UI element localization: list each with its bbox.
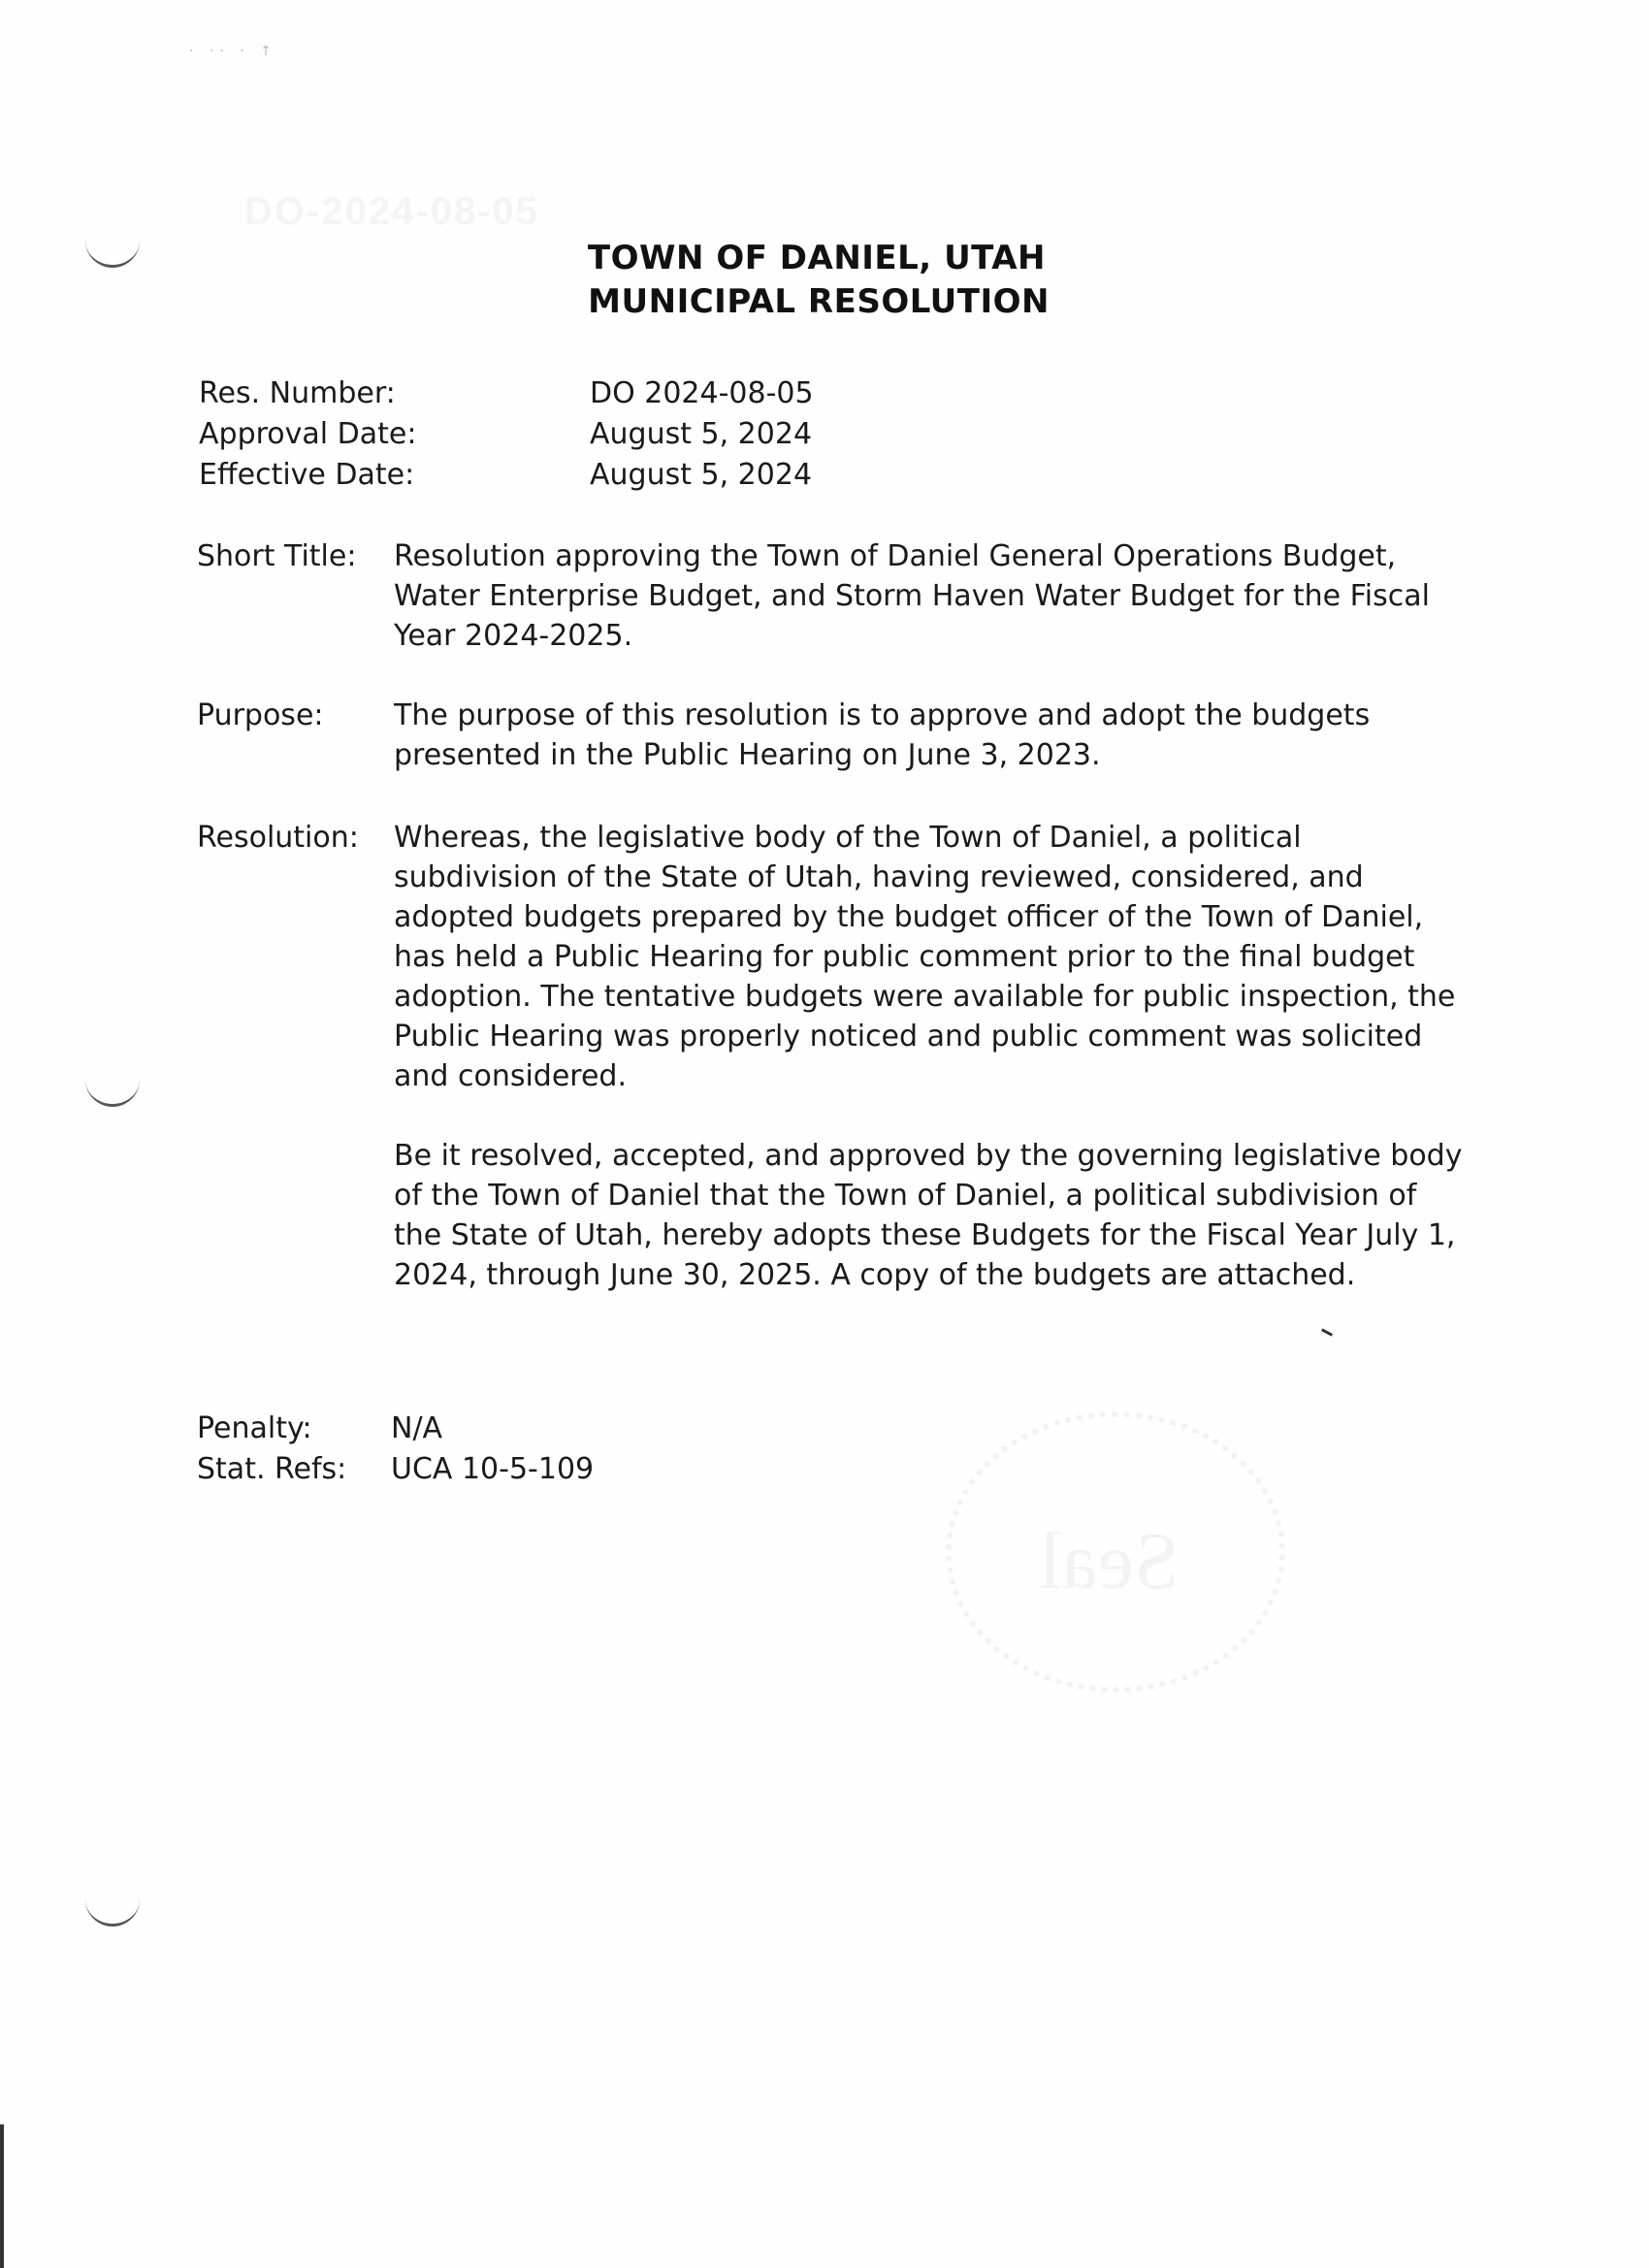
short-title-text: Resolution approving the Town of Daniel … xyxy=(394,536,1471,656)
resolution-resolved-paragraph: Be it resolved, accepted, and approved b… xyxy=(394,1136,1471,1295)
res-number-value: DO 2024-08-05 xyxy=(590,373,814,414)
short-title-section: Short Title: Resolution approving the To… xyxy=(197,536,1471,656)
resolution-label: Resolution: xyxy=(197,818,394,1295)
stat-refs-row: Stat. Refs: UCA 10-5-109 xyxy=(197,1449,594,1489)
bleed-through-resolution-id: DO-2024-08-05 xyxy=(244,190,539,234)
bleed-through-seal: Seal xyxy=(946,1411,1285,1693)
penalty-label: Penalty: xyxy=(197,1409,391,1448)
meta-label: Approval Date: xyxy=(199,414,590,455)
effective-date-value: August 5, 2024 xyxy=(590,455,812,496)
purpose-label: Purpose: xyxy=(197,696,394,775)
purpose-section: Purpose: The purpose of this resolution … xyxy=(197,696,1471,775)
pen-tick-mark xyxy=(1321,1328,1333,1336)
meta-row-approval-date: Approval Date: August 5, 2024 xyxy=(199,414,814,455)
scan-edge-line xyxy=(0,2124,4,2268)
approval-date-value: August 5, 2024 xyxy=(590,414,812,455)
short-title-paragraph: Resolution approving the Town of Daniel … xyxy=(394,536,1471,656)
hole-punch-icon xyxy=(85,1053,140,1107)
stat-refs-value: UCA 10-5-109 xyxy=(391,1449,594,1489)
meta-label: Res. Number: xyxy=(199,373,590,414)
resolution-meta: Res. Number: DO 2024-08-05 Approval Date… xyxy=(199,373,814,496)
meta-row-res-number: Res. Number: DO 2024-08-05 xyxy=(199,373,814,414)
scan-speck-marks: · ·· · ↑ xyxy=(189,44,306,63)
header-town-name: TOWN OF DANIEL, UTAH xyxy=(0,237,1251,280)
resolution-whereas-paragraph: Whereas, the legislative body of the Tow… xyxy=(394,818,1471,1096)
hole-punch-icon xyxy=(85,1872,140,1927)
resolution-text: Whereas, the legislative body of the Tow… xyxy=(394,818,1471,1295)
purpose-paragraph: The purpose of this resolution is to app… xyxy=(394,696,1471,775)
scanned-page: · ·· · ↑ DO-2024-08-05 Seal TOWN OF DANI… xyxy=(0,0,1649,2268)
penalty-value: N/A xyxy=(391,1409,442,1448)
bleed-through-seal-text: Seal xyxy=(1039,1514,1180,1608)
document-header: TOWN OF DANIEL, UTAH MUNICIPAL RESOLUTIO… xyxy=(0,237,1251,324)
meta-row-effective-date: Effective Date: August 5, 2024 xyxy=(199,455,814,496)
short-title-label: Short Title: xyxy=(197,536,394,656)
purpose-text: The purpose of this resolution is to app… xyxy=(394,696,1471,775)
penalty-row: Penalty: N/A xyxy=(197,1409,442,1448)
meta-label: Effective Date: xyxy=(199,455,590,496)
resolution-section: Resolution: Whereas, the legislative bod… xyxy=(197,818,1471,1295)
stat-refs-label: Stat. Refs: xyxy=(197,1449,391,1489)
header-document-type: MUNICIPAL RESOLUTION xyxy=(0,280,1251,324)
